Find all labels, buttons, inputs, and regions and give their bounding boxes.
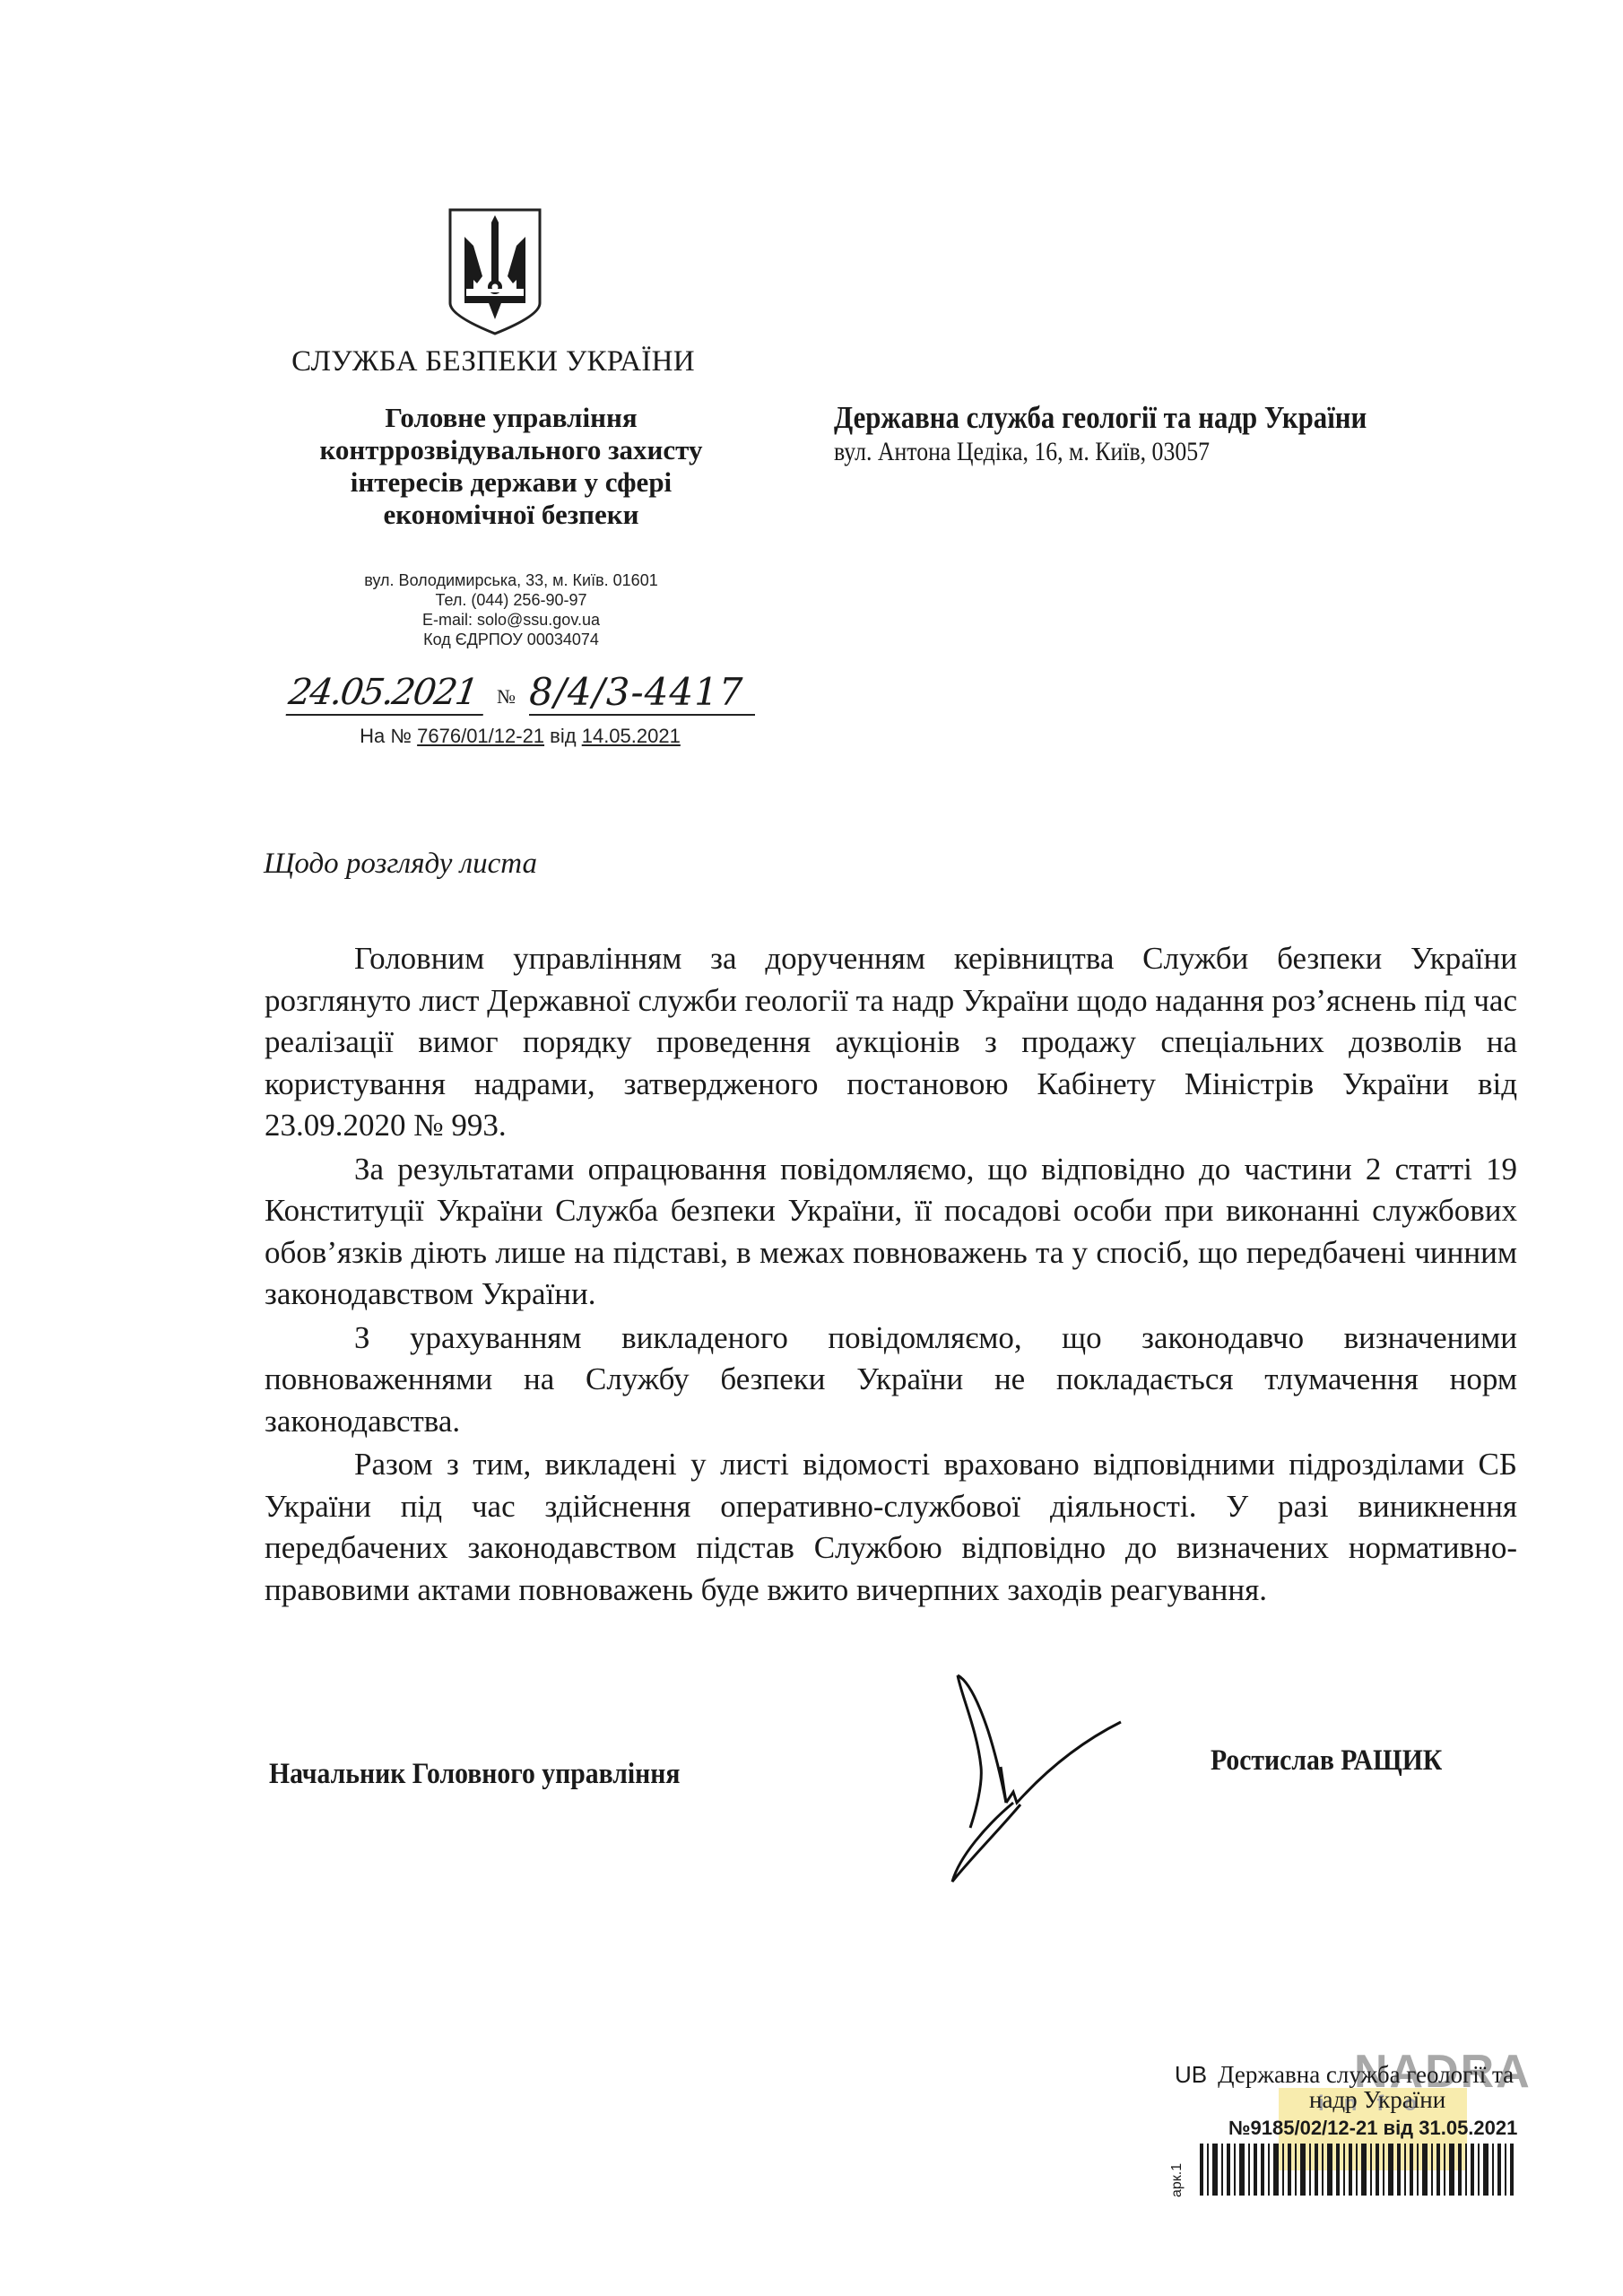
department-name: Головне управління контррозвідувального … (260, 402, 762, 531)
body-paragraph: З урахуванням викладеного повідомляємо, … (265, 1318, 1517, 1443)
letter-body: Головним управлінням за дорученням керів… (265, 938, 1517, 1613)
signatory-name: Ростислав РАЩИК (1211, 1744, 1442, 1778)
stamp-reg-number: №9185/02/12-21 від 31.05.2021 (1228, 2117, 1517, 2140)
handwritten-date: 24.05.2021 (286, 673, 490, 716)
reply-from: від (550, 725, 576, 747)
department-line: контррозвідувального захисту (260, 434, 762, 466)
recipient-block: Державна служба геології та надр України… (834, 400, 1551, 468)
department-line: Головне управління (260, 402, 762, 434)
department-line: інтересів держави у сфері (260, 466, 762, 499)
reply-number: 7676/01/12-21 (417, 725, 544, 747)
recipient-address: вул. Антона Цедіка, 16, м. Київ, 03057 (834, 436, 1451, 468)
body-paragraph: За результатами опрацювання повідомляємо… (265, 1149, 1517, 1316)
handwritten-signature-icon (950, 1668, 1255, 1892)
registration-stamp: NADRA info UBДержавна служба геології та… (1175, 2045, 1578, 2197)
outgoing-registration: 24.05.2021 № 8/4/3-4417 (289, 673, 755, 723)
subject-line: Щодо розгляду листа (264, 848, 537, 881)
body-paragraph: Головним управлінням за дорученням керів… (265, 938, 1517, 1147)
sender-phone: Тел. (044) 256-90-97 (269, 590, 753, 610)
recipient-name: Державна служба геології та надр України (834, 400, 1465, 436)
sender-email: E-mail: solo@ssu.gov.ua (269, 610, 753, 630)
stamp-sheet-count: арк.1 (1169, 2163, 1185, 2197)
barcode-icon (1200, 2144, 1514, 2196)
department-line: економічної безпеки (260, 499, 762, 531)
in-reply-to: На № 7676/01/12-21 від 14.05.2021 (305, 725, 735, 748)
stamp-org-line2: надр України (1309, 2086, 1445, 2114)
org-title: СЛУЖБА БЕЗПЕКИ УКРАЇНИ (269, 345, 717, 378)
signatory-title: Начальник Головного управління (269, 1758, 680, 1791)
sender-contacts: вул. Володимирська, 33, м. Київ. 01601 Т… (269, 570, 753, 649)
reply-prefix: На № (360, 725, 412, 747)
stamp-org-line1: UBДержавна служба геології та (1175, 2061, 1514, 2089)
reply-date: 14.05.2021 (582, 725, 681, 747)
stamp-org-name: Державна служба геології та (1218, 2061, 1514, 2088)
handwritten-number: 8/4/3-4417 (529, 673, 755, 716)
body-paragraph: Разом з тим, викладені у листі відомості… (265, 1444, 1517, 1611)
sender-address: вул. Володимирська, 33, м. Київ. 01601 (269, 570, 753, 590)
stamp-prefix: UB (1175, 2061, 1207, 2088)
number-sign: № (497, 685, 516, 709)
trident-emblem-icon (447, 206, 543, 337)
sender-edrpou: Код ЄДРПОУ 00034074 (269, 630, 753, 649)
